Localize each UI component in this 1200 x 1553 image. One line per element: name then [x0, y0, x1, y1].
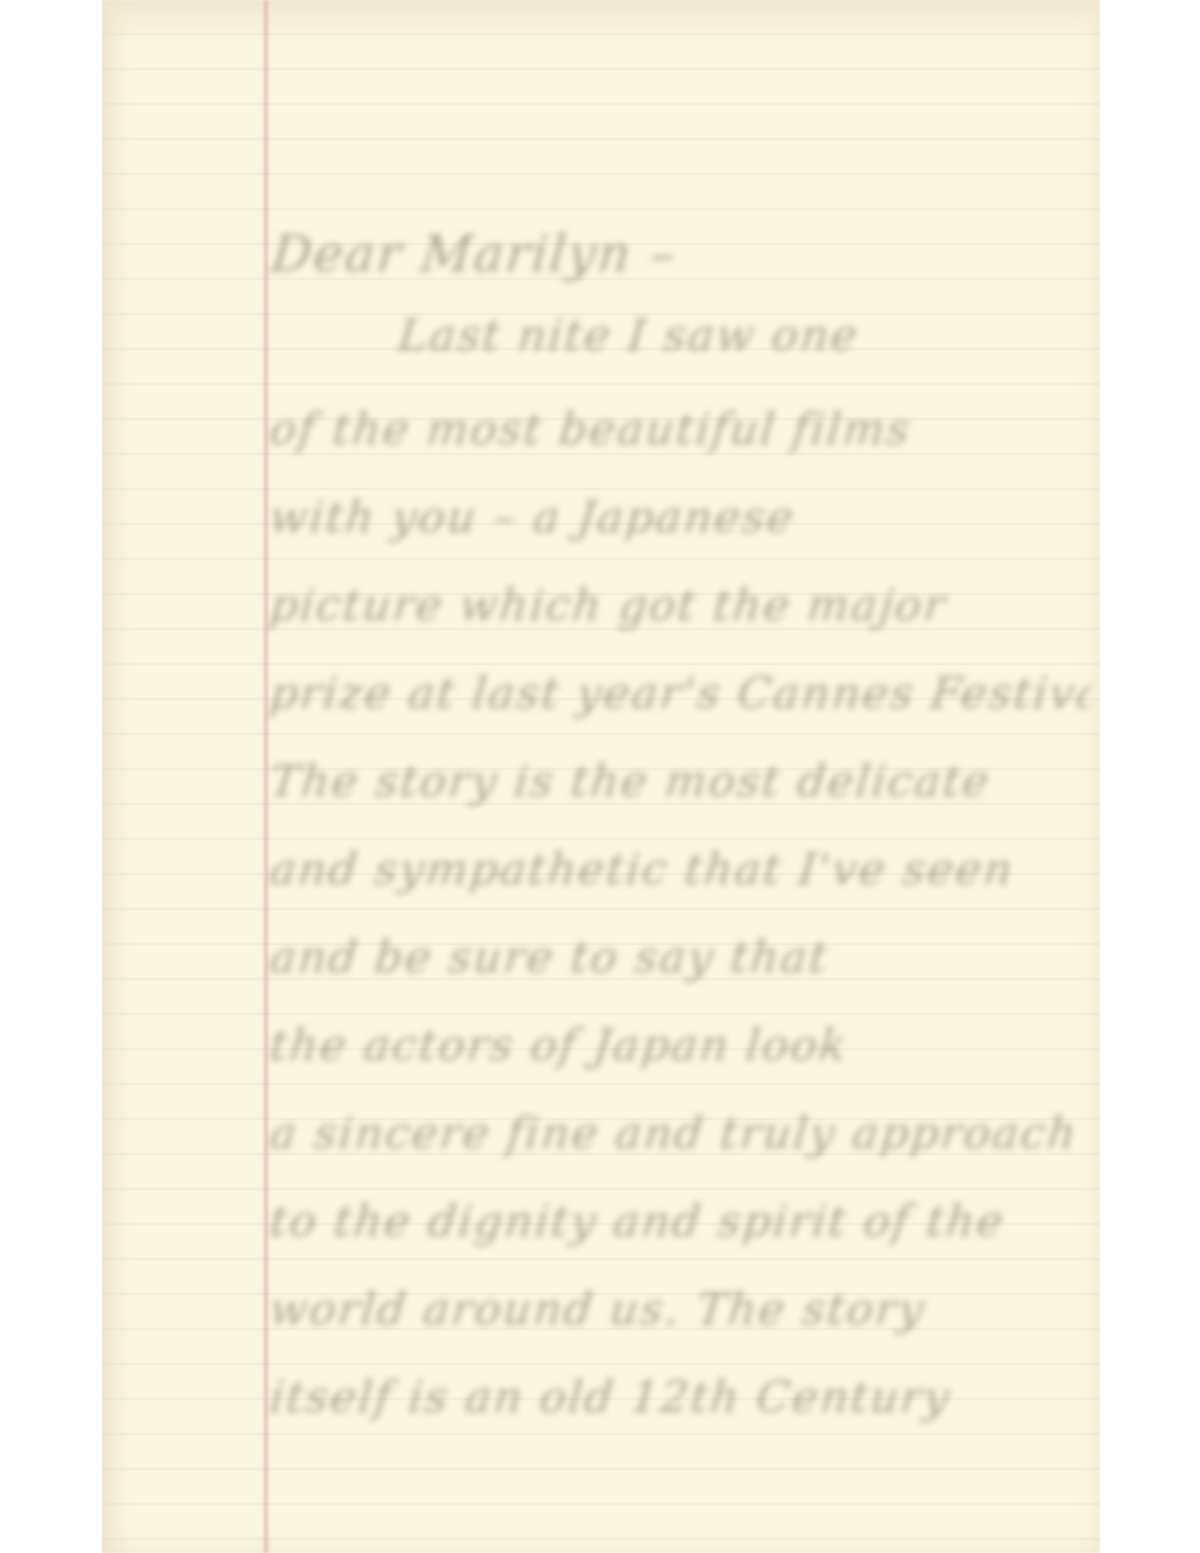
- legal-pad-page: Dear Marilyn – Last nite I saw one of th…: [102, 0, 1100, 1553]
- paper-top-edge: [102, 0, 1100, 40]
- letter-salutation: Dear Marilyn –: [266, 210, 1095, 292]
- letter-line: the actors of Japan look: [265, 1002, 1094, 1090]
- handwritten-letter: Dear Marilyn – Last nite I saw one of th…: [270, 210, 1090, 1442]
- letter-line: to the dignity and spirit of the: [265, 1178, 1094, 1266]
- letter-line: a sincere fine and truly approach: [265, 1090, 1094, 1178]
- letter-line: world around us. The story: [265, 1266, 1094, 1354]
- letter-line: Last nite I saw one: [265, 292, 1095, 386]
- letter-line: itself is an old 12th Century: [265, 1354, 1094, 1442]
- letter-line: and sympathetic that I've seen: [265, 826, 1094, 914]
- letter-line: prize at last year's Cannes Festival.: [265, 650, 1094, 738]
- letter-line: and be sure to say that: [265, 914, 1094, 1002]
- letter-line: with you – a Japanese: [265, 474, 1094, 562]
- letter-line: The story is the most delicate: [265, 738, 1094, 826]
- letter-line: of the most beautiful films: [265, 386, 1094, 474]
- letter-line: picture which got the major: [265, 562, 1094, 650]
